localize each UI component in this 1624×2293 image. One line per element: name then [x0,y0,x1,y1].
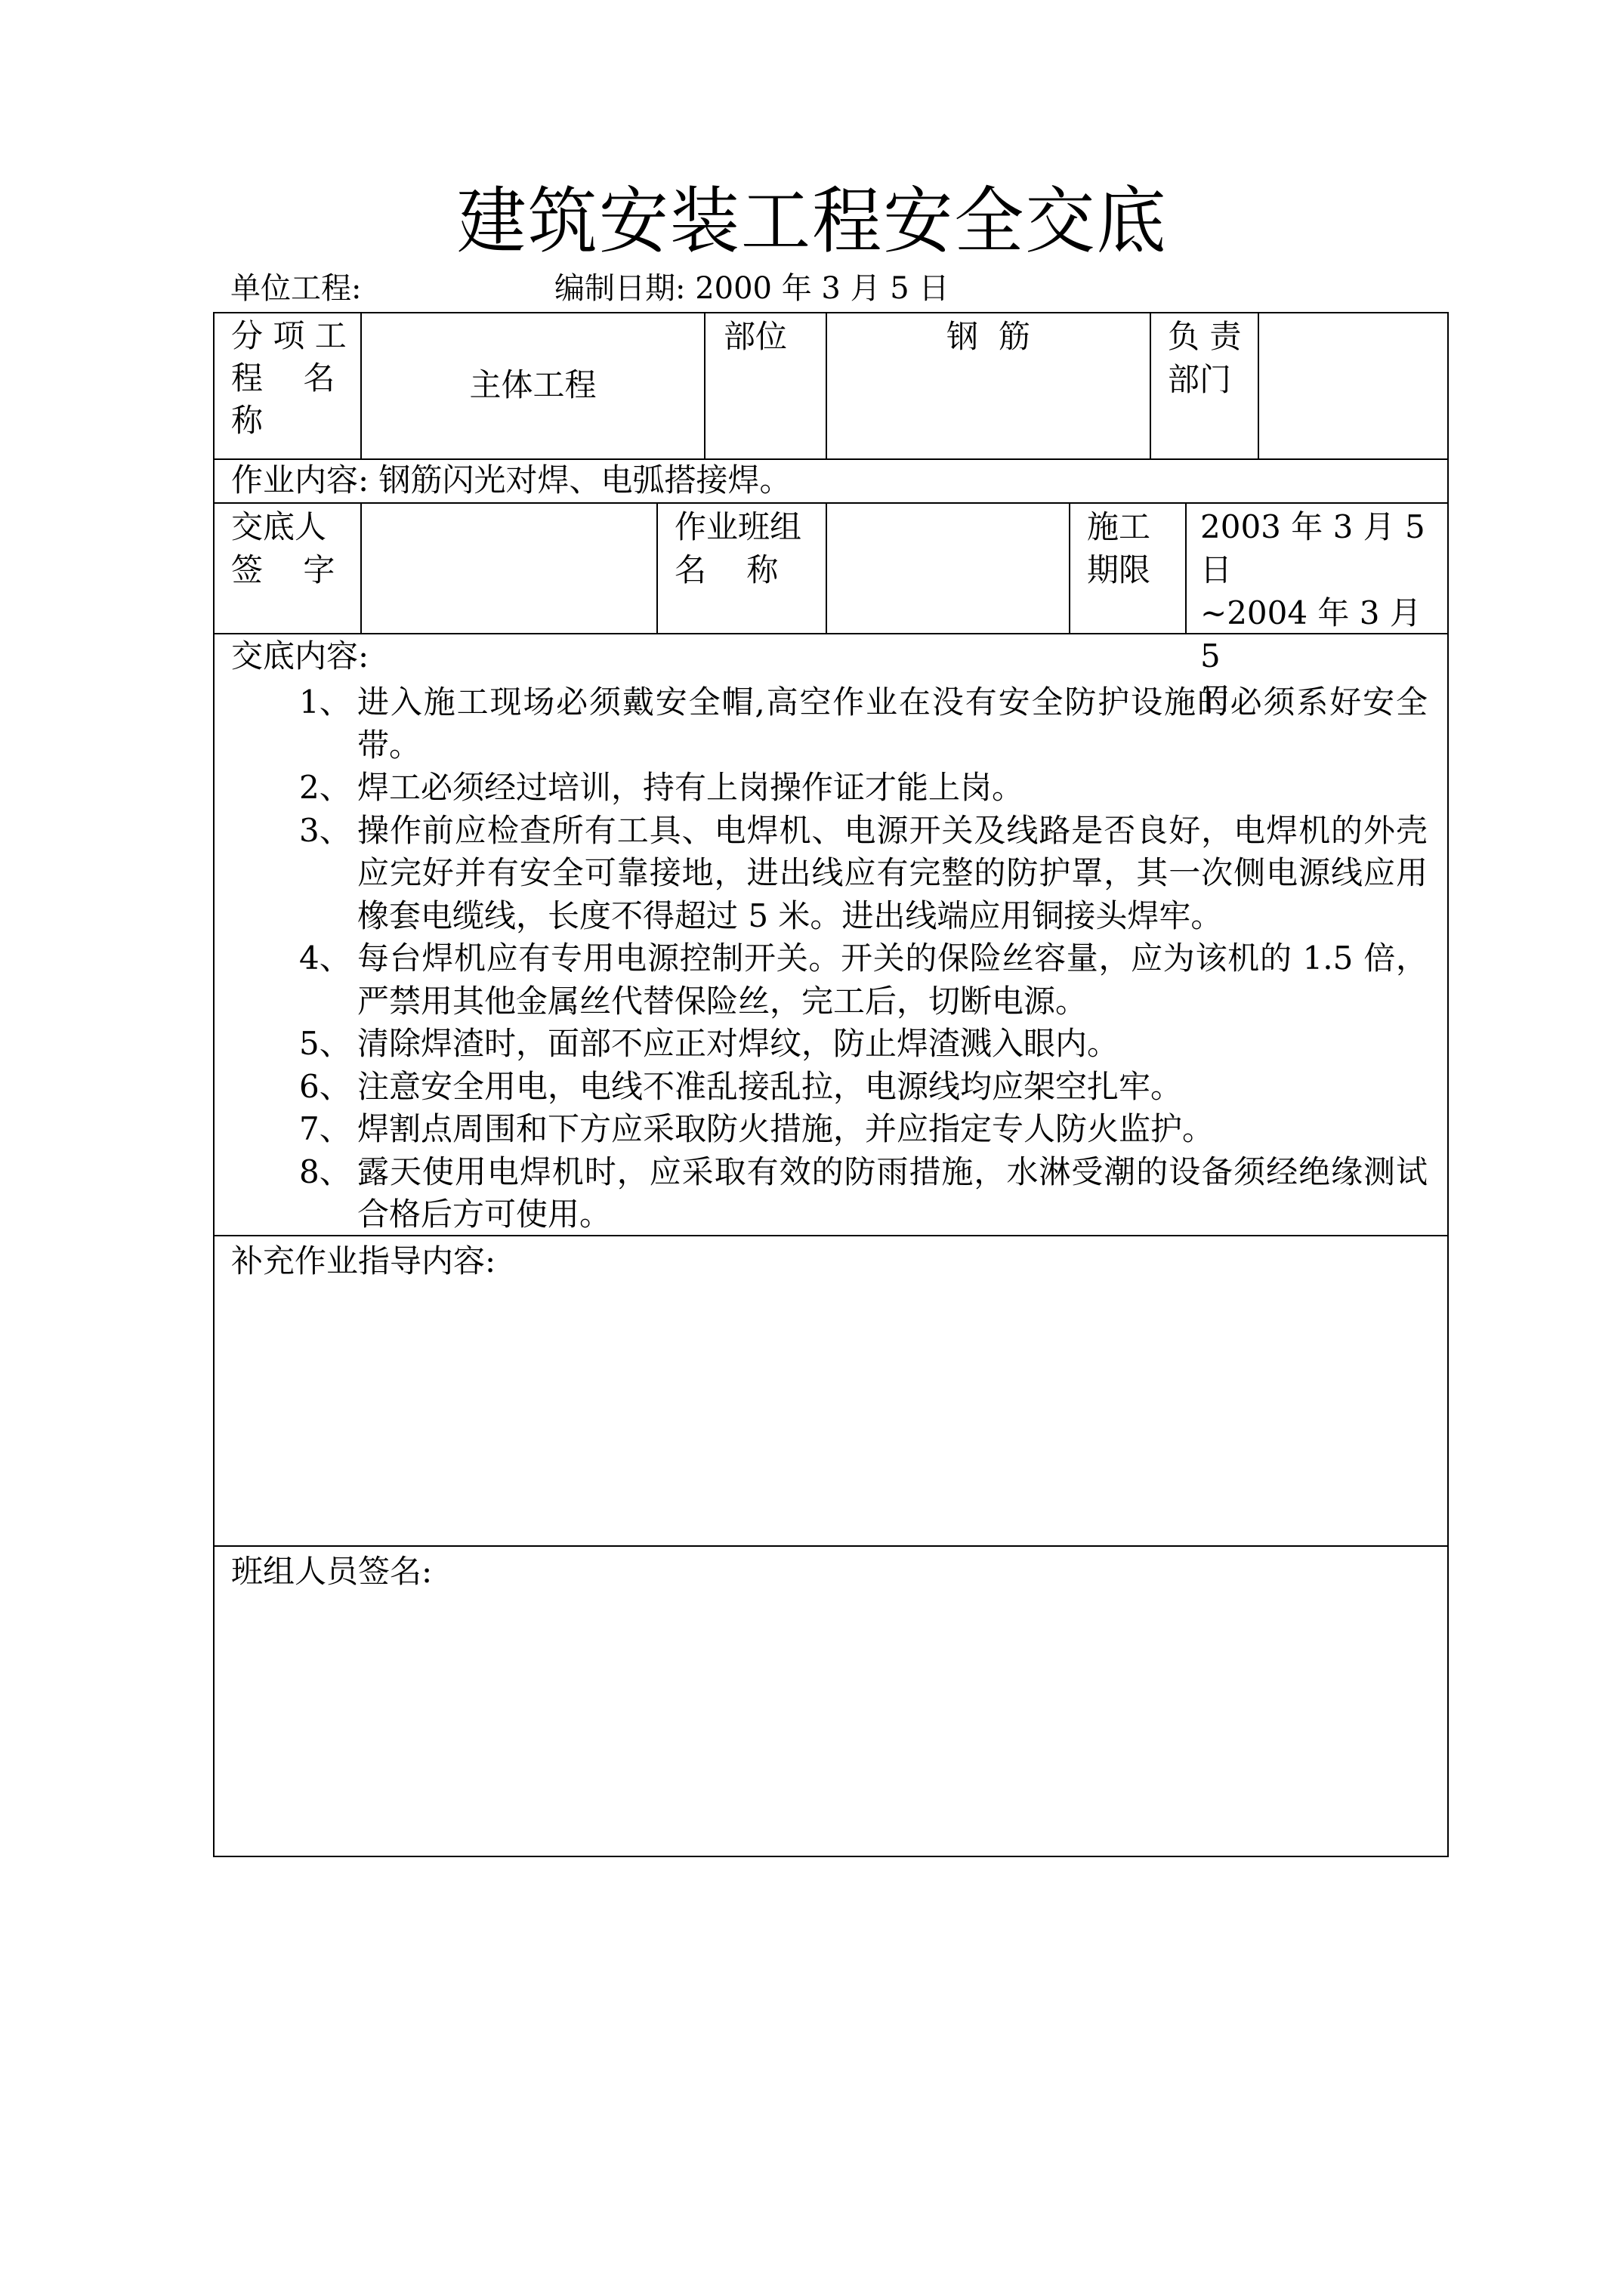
item-text: 注意安全用电，电线不准乱接乱拉，电源线均应架空扎牢。 [357,1068,1182,1105]
item-number: 3、 [299,810,351,853]
item-number: 1、 [299,681,351,724]
work-content: 作业内容: 钢筋闪光对焊、电弧搭接焊。 [231,458,792,501]
item-number: 8、 [299,1151,351,1194]
team-label: 作业班组 名 称 [675,505,801,591]
briefing-item-4: 4、每台焊机应有专用电源控制开关。开关的保险丝容量，应为该机的 1.5 倍，严禁… [215,937,1447,1023]
briefing-label: 交底内容: [231,634,369,677]
row-team-signatures[interactable]: 班组人员签名: [215,1547,1447,1856]
row-signer: 交底人 签 字 作业班组 名 称 施工 期限 2003 年 3 月 5 日 ~2… [215,504,1447,634]
position-value-cell[interactable]: 钢 筋 [827,313,1151,458]
position-label: 部位 [724,315,787,358]
row-supplement[interactable]: 补充作业指导内容: [215,1236,1447,1547]
briefing-item-1: 1、进入施工现场必须戴安全帽,高空作业在没有安全防护设施的必须系好安全带。 [215,681,1447,767]
item-text: 操作前应检查所有工具、电焊机、电源开关及线路是否良好，电焊机的外壳应完好并有安全… [357,812,1428,934]
signer-value-cell[interactable] [362,504,658,633]
team-label-cell: 作业班组 名 称 [658,504,827,633]
team-signatures-label: 班组人员签名: [231,1550,432,1593]
document-title: 建筑安装工程安全交底 [32,180,1592,263]
team-value-cell[interactable] [827,504,1070,633]
briefing-item-2: 2、焊工必须经过培训，持有上岗操作证才能上岗。 [215,767,1447,810]
supplement-label: 补充作业指导内容: [231,1239,496,1282]
item-number: 6、 [299,1066,351,1109]
item-text: 进入施工现场必须戴安全帽,高空作业在没有安全防护设施的必须系好安全带。 [357,684,1428,764]
briefing-items: 1、进入施工现场必须戴安全帽,高空作业在没有安全防护设施的必须系好安全带。 2、… [215,681,1447,1236]
item-text: 焊工必须经过培训，持有上岗操作证才能上岗。 [357,769,1023,806]
item-text: 每台焊机应有专用电源控制开关。开关的保险丝容量，应为该机的 1.5 倍，严禁用其… [357,940,1428,1020]
briefing-item-6: 6、注意安全用电，电线不准乱接乱拉，电源线均应架空扎牢。 [215,1066,1447,1109]
safety-briefing-form: 分 项 工 程 名 称 主体工程 部位 钢 筋 负 责 部门 作业内容: 钢筋闪… [213,312,1449,1857]
item-number: 5、 [299,1023,351,1066]
subproject-label-cell: 分 项 工 程 名 称 [215,313,362,458]
signer-label-cell: 交底人 签 字 [215,504,362,633]
dept-label-cell: 负 责 部门 [1151,313,1259,458]
row-work-content: 作业内容: 钢筋闪光对焊、电弧搭接焊。 [215,460,1447,504]
position-label-cell: 部位 [705,313,827,458]
item-number: 7、 [299,1108,351,1151]
signer-label: 交底人 签 字 [231,505,335,591]
dept-value-cell[interactable] [1259,313,1447,458]
position-value: 钢 筋 [827,315,1150,358]
period-label: 施工 期限 [1087,505,1150,591]
subproject-value-cell[interactable]: 主体工程 [362,313,705,458]
item-number: 2、 [299,767,351,810]
briefing-item-8: 8、露天使用电焊机时，应采取有效的防雨措施，水淋受潮的设备须经绝缘测试合格后方可… [215,1151,1447,1236]
briefing-item-7: 7、焊割点周围和下方应采取防火措施，并应指定专人防火监护。 [215,1108,1447,1151]
period-value-cell: 2003 年 3 月 5 日 ~2004 年 3 月 5 日 [1187,504,1447,633]
row-briefing-content: 交底内容: 1、进入施工现场必须戴安全帽,高空作业在没有安全防护设施的必须系好安… [215,634,1447,1236]
unit-project-label: 单位工程: [230,269,361,308]
compile-date: 编制日期: 2000 年 3 月 5 日 [554,269,949,308]
briefing-item-5: 5、清除焊渣时，面部不应正对焊纹，防止焊渣溅入眼内。 [215,1023,1447,1066]
item-text: 清除焊渣时，面部不应正对焊纹，防止焊渣溅入眼内。 [357,1025,1119,1062]
dept-label: 负 责 部门 [1168,315,1241,401]
item-text: 焊割点周围和下方应采取防火措施，并应指定专人防火监护。 [357,1110,1214,1147]
row-subproject: 分 项 工 程 名 称 主体工程 部位 钢 筋 负 责 部门 [215,313,1447,460]
item-number: 4、 [299,937,351,980]
subproject-value: 主体工程 [362,363,704,406]
subproject-label: 分 项 工 程 名 称 [231,315,347,442]
item-text: 露天使用电焊机时，应采取有效的防雨措施，水淋受潮的设备须经绝缘测试合格后方可使用… [357,1153,1428,1233]
briefing-item-3: 3、操作前应检查所有工具、电焊机、电源开关及线路是否良好，电焊机的外壳应完好并有… [215,810,1447,938]
period-label-cell: 施工 期限 [1070,504,1187,633]
